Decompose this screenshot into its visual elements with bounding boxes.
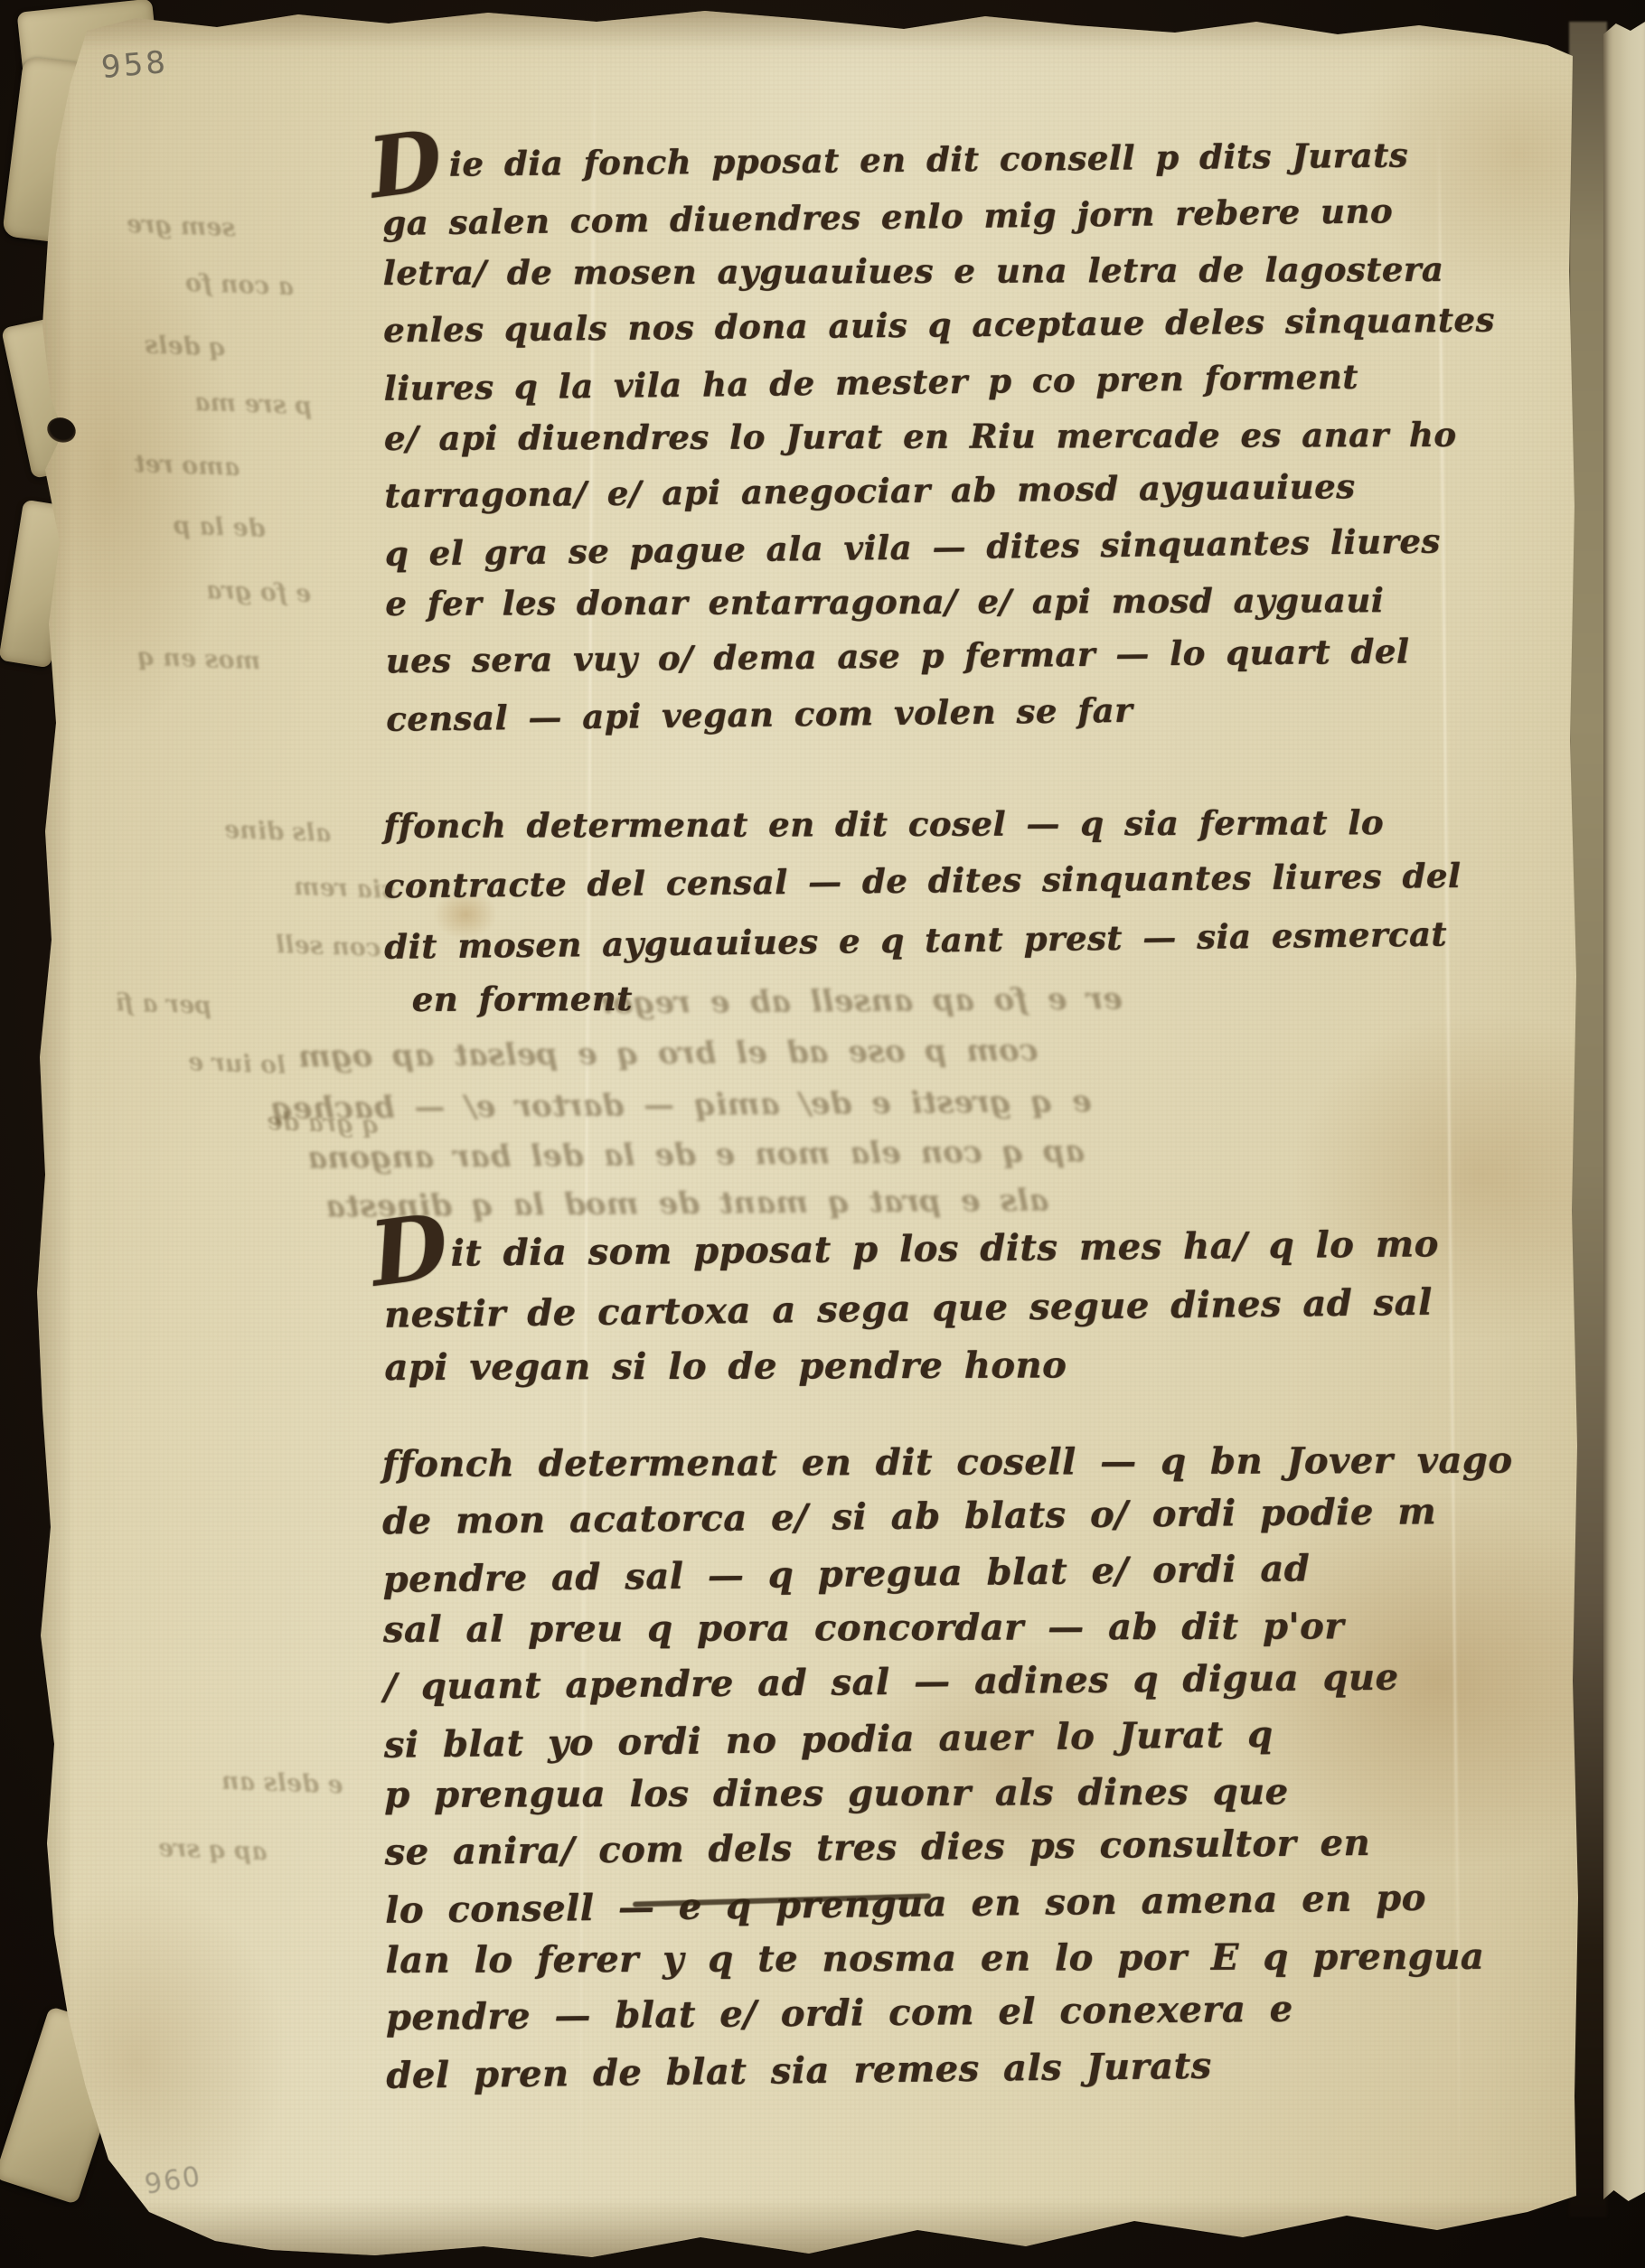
bleedthrough-line: com p ose ad el bro q e pelsat ap ogm — [298, 1032, 1039, 1074]
manuscript-line: tarragona/ e/ api anegociar ab mosd aygu… — [384, 459, 1388, 524]
handwritten-entry-4: ffonch determenat en dit cosell — q bn J… — [381, 1431, 1389, 2100]
handwritten-entry-1: D ie dia fonch pposat en dit consell p d… — [382, 130, 1390, 744]
manuscript-line: si blat yo ordi no podia auer lo Jurat q — [383, 1705, 1387, 1773]
manuscript-line: sal al preu q pora concordar — ab dit p'… — [383, 1598, 1386, 1657]
bleedthrough-fragment: ap q sre — [157, 1834, 268, 1866]
handwritten-entry-2: ffonch determenat en dit cosel — q sia f… — [383, 792, 1388, 1030]
bleedthrough-fragment: q gra de — [266, 1108, 379, 1139]
manuscript-line: ffonch determenat en dit cosel — q sia f… — [383, 793, 1386, 855]
folio-number-top: 958 — [99, 44, 169, 86]
bleedthrough-fragment: e dels an — [221, 1767, 344, 1800]
manuscript-line: en forment — [385, 967, 1388, 1028]
manuscript-line: contracte del censal — de dites sinquant… — [383, 848, 1387, 915]
manuscript-line: ga salen com diuendres enlo mig jorn reb… — [382, 183, 1386, 251]
bleedthrough-fragment: con sell — [275, 931, 381, 962]
manuscript-line: ffonch determenat en dit cosell — q bn J… — [382, 1433, 1386, 1492]
manuscript-line: ie dia fonch pposat en dit consell p dit… — [382, 128, 1386, 193]
bleedthrough-fragment: a con fo — [184, 269, 294, 301]
manuscript-line: se anira/ com dels tres dies ps consulto… — [384, 1815, 1388, 1880]
manuscript-line: dit mosen ayguauiues e q tant prest — si… — [384, 905, 1388, 976]
manuscript-line: nestir de cartoxa a sega que segue dines… — [384, 1274, 1388, 1345]
manuscript-line: censal — api vegan com volen se far — [386, 679, 1390, 747]
folio-number-bottom: 960 — [143, 2160, 204, 2200]
manuscript-line: e fer les donar entarragona/ e/ api mosd… — [385, 573, 1388, 632]
bleedthrough-fragment: q dels — [144, 331, 226, 361]
handwritten-entry-3: D it dia som pposat p los dits mes ha/ q… — [383, 1218, 1387, 1399]
bleedthrough-fragment: sem gre — [126, 211, 236, 242]
next-folio-edge — [1603, 20, 1645, 2225]
manuscript-line: it dia som pposat p los dits mes ha/ q l… — [383, 1216, 1387, 1284]
bleedthrough-line: e q gresti e de/ amiq — dartor e/ — bach… — [271, 1083, 1092, 1127]
manuscript-line: de mon acatorca e/ si ab blats o/ ordi p… — [382, 1485, 1386, 1550]
manuscript-line: del pren de blat sia remes als Jurats — [386, 2036, 1390, 2104]
manuscript-line: pendre — blat e/ ordi com el conexera e — [386, 1981, 1390, 2046]
manuscript-line: e/ api diuendres lo Jurat en Riu mercade… — [384, 408, 1387, 466]
manuscript-line: ues sera vuy o/ dema ase p fermar — lo q… — [385, 624, 1389, 689]
manuscript-line: / quant apendre ad sal — adines q digua … — [383, 1650, 1387, 1715]
bleedthrough-fragment: sia rem — [293, 873, 395, 904]
manuscript-line: pendre ad sal — q pregua blat e/ ordi ad — [382, 1540, 1386, 1607]
bleedthrough-fragment: p sre ma — [193, 389, 312, 421]
bleedthrough-fragment: amo ret — [133, 450, 240, 482]
bleedthrough-line: ap q con ela mon e de la del bar angona — [307, 1133, 1085, 1176]
manuscript-line: enles quals nos dona auis q aceptaue del… — [383, 294, 1387, 359]
bleedthrough-fragment: als dine — [223, 816, 331, 848]
bleedthrough-fragment: per a fi — [115, 989, 211, 1020]
manuscript-line: lo consell — e q prengua en son amena en… — [385, 1870, 1389, 1938]
manuscript-line: api vegan si lo de pendre hono — [384, 1335, 1387, 1397]
bleedthrough-fragment: e fo gra — [205, 576, 311, 608]
manuscript-photograph: 958 960 er e fo ap ansell ab e regor com… — [0, 0, 1645, 2268]
manuscript-line: lan lo ferer y q te nosma en lo por E q … — [385, 1929, 1388, 1988]
manuscript-page: 958 960 er e fo ap ansell ab e regor com… — [0, 0, 1645, 2268]
manuscript-line: p prengua los dines guonr als dines que — [384, 1764, 1387, 1823]
manuscript-line: letra/ de mosen ayguauiues e una letra d… — [383, 242, 1386, 301]
bleedthrough-fragment: lo iur e — [187, 1048, 286, 1080]
bleedthrough-fragment: mos en q — [137, 643, 261, 676]
manuscript-line: liures q la vila ha de mester p co pren … — [383, 349, 1387, 417]
bleedthrough-fragment: de la p — [173, 511, 266, 543]
manuscript-line: q el gra se pague ala vila — dites sinqu… — [385, 514, 1389, 582]
